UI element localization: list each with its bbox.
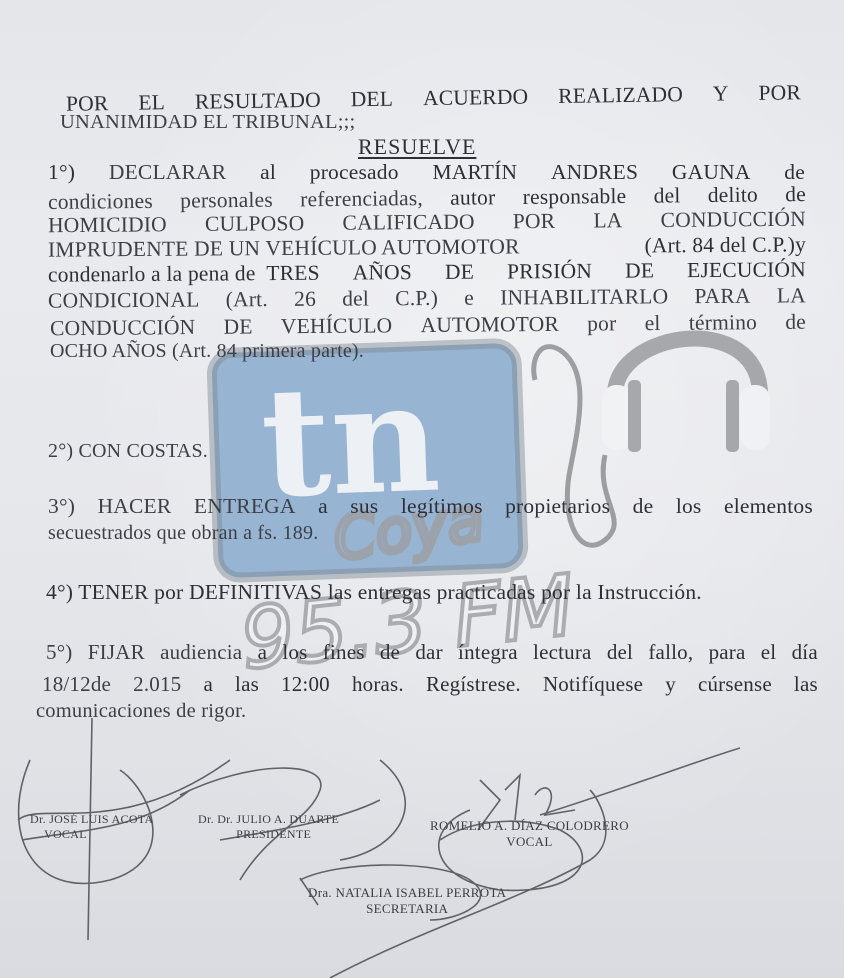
word: e	[464, 286, 474, 311]
word: DECLARAR	[109, 160, 226, 185]
word: DE	[625, 258, 654, 283]
word: a	[318, 494, 328, 519]
signature-block-2: Dr. Dr. JULIO A. DUARTE PRESIDENTE	[198, 812, 339, 842]
word: íntegra	[458, 640, 518, 665]
word: del	[653, 183, 680, 208]
word: CONDUCCIÓN	[50, 315, 196, 341]
word: de	[785, 310, 806, 335]
word: LA	[593, 208, 622, 233]
signer-role: PRESIDENTE	[198, 827, 339, 842]
word: lectura	[533, 640, 592, 665]
word: sus	[350, 494, 378, 519]
word: referenciadas,	[300, 186, 423, 212]
item-number: 5°)	[46, 640, 73, 665]
word: fallo,	[648, 640, 693, 665]
signature-stroke-9	[540, 748, 740, 815]
word: MARTÍN	[432, 160, 517, 185]
word: del	[342, 286, 369, 311]
word: 26	[294, 287, 316, 312]
word: a	[258, 640, 268, 665]
word: REALIZADO	[558, 82, 683, 109]
item-3-line-1: 3°) HACER ENTREGA a sus legítimos propie…	[48, 494, 813, 519]
word: POR	[513, 209, 556, 234]
signer-role: VOCAL	[30, 827, 153, 842]
word: HACER	[98, 494, 172, 519]
word: DEL	[351, 87, 394, 113]
word: CONDICIONAL	[48, 288, 200, 314]
word: el	[761, 640, 777, 665]
word: de	[633, 494, 654, 519]
word: de	[785, 182, 806, 207]
word: CALIFICADO	[342, 210, 474, 236]
word: propietarios	[505, 494, 610, 519]
signer-role: SECRETARIA	[308, 901, 506, 917]
word: Notifíquese	[543, 672, 643, 697]
word: audiencia	[160, 640, 242, 665]
item-1-line-6: CONDICIONAL (Art. 26 del C.P.) e INHABIL…	[48, 283, 806, 313]
word: del	[607, 640, 633, 665]
word: 12:00	[281, 672, 330, 697]
word: CULPOSO	[205, 211, 305, 237]
signer-name: Dr. Dr. JULIO A. DUARTE	[198, 812, 339, 827]
word: por	[587, 311, 616, 336]
word: C.P.)	[395, 286, 438, 311]
word: VEHÍCULO	[281, 313, 393, 339]
word: responsable	[523, 184, 627, 210]
intro-line-2: UNANIMIDAD EL TRIBUNAL;;;	[60, 111, 355, 134]
word: ACUERDO	[423, 85, 529, 112]
word: el	[645, 311, 661, 336]
word: PARA	[694, 284, 750, 309]
word: de	[380, 640, 400, 665]
word: GAUNA	[672, 160, 751, 185]
word: (Art.	[226, 287, 268, 312]
word: los	[676, 494, 702, 519]
item-1-line-5: condenarlo a la pena de TRES AÑOS DE PRI…	[48, 257, 806, 287]
resolution-item-4: 4°) TENER por DEFINITIVAS las entregas p…	[46, 580, 702, 605]
word: cúrsense	[698, 672, 772, 697]
word: para	[709, 640, 746, 665]
date-text: 18/12de	[42, 672, 111, 697]
court-ruling-document: POR EL RESULTADO DEL ACUERDO REALIZADO Y…	[0, 0, 844, 978]
signature-block-1: Dr. JOSÉ LUIS ACOTA VOCAL	[30, 812, 153, 842]
signer-name: ROMELIO A. DÍAZ COLODRERO	[430, 818, 629, 834]
word: ANDRES	[551, 160, 638, 185]
word: DE	[223, 315, 252, 340]
word: las	[235, 672, 259, 697]
word: al	[260, 160, 276, 185]
signature-block-4: Dra. NATALIA ISABEL PERROTA SECRETARIA	[308, 885, 506, 917]
word: delito	[708, 183, 758, 209]
word: autor	[450, 185, 495, 210]
signer-role: VOCAL	[430, 834, 629, 850]
word: fines	[323, 640, 365, 665]
word: EJECUCIÓN	[687, 257, 806, 283]
word: condiciones	[48, 189, 153, 215]
word: CONDUCCIÓN	[661, 207, 807, 233]
word: a	[203, 672, 213, 697]
word: legítimos	[401, 494, 483, 519]
item-5-line-1: 5°) FIJAR audiencia a los fines de dar í…	[46, 640, 818, 665]
word: (Art. 84 del C.P.)y	[644, 232, 806, 258]
item-number: 3°)	[48, 494, 75, 519]
word: HOMICIDIO	[48, 212, 167, 238]
word: FIJAR	[88, 640, 145, 665]
word: y	[665, 672, 676, 697]
signature-stroke-7	[340, 760, 405, 860]
word: día	[792, 640, 818, 665]
item-1-line-7: CONDUCCIÓN DE VEHÍCULO AUTOMOTOR por el …	[50, 310, 806, 342]
word: Y	[713, 81, 729, 106]
item-1-line-8: OCHO AÑOS (Art. 84 primera parte).	[50, 340, 364, 363]
word: POR	[758, 80, 801, 106]
word: LA	[777, 283, 806, 308]
signer-name: Dra. NATALIA ISABEL PERROTA	[308, 885, 506, 901]
signer-name: Dr. JOSÉ LUIS ACOTA	[30, 812, 153, 827]
item-5-line-3: comunicaciones de rigor.	[36, 700, 246, 723]
word: horas.	[352, 672, 404, 697]
word: PRISIÓN	[507, 259, 592, 285]
word: IMPRUDENTE DE UN VEHÍCULO AUTOMOTOR	[48, 234, 520, 262]
word: condenarlo a la pena de TRES	[48, 261, 320, 288]
word: INHABILITARLO	[500, 284, 668, 310]
word: Regístrese.	[426, 672, 521, 697]
word: AÑOS	[353, 260, 413, 285]
signature-block-3: ROMELIO A. DÍAZ COLODRERO VOCAL	[430, 818, 629, 850]
resolution-item-2: 2°) CON COSTAS.	[48, 440, 208, 463]
word: ENTREGA	[194, 494, 296, 519]
word: término	[689, 310, 757, 336]
word: DE	[445, 260, 474, 285]
word: los	[282, 640, 307, 665]
word: dar	[415, 640, 442, 665]
item-1-line-1: 1°) DECLARAR al procesado MARTÍN ANDRES …	[48, 160, 805, 185]
resuelve-heading: RESUELVE	[358, 134, 476, 160]
word: elementos	[724, 494, 813, 519]
word: AUTOMOTOR	[420, 312, 559, 338]
word: 2.015	[133, 672, 181, 697]
item-number: 1°)	[48, 160, 75, 185]
word: procesado	[310, 160, 399, 185]
signature-stroke-3	[18, 760, 230, 820]
item-5-line-2: 18/12de 2.015 a las 12:00 horas. Regístr…	[42, 672, 818, 697]
item-3-line-2: secuestrados que obran a fs. 189.	[48, 522, 318, 545]
word: personales	[180, 188, 273, 214]
word: las	[794, 672, 818, 697]
